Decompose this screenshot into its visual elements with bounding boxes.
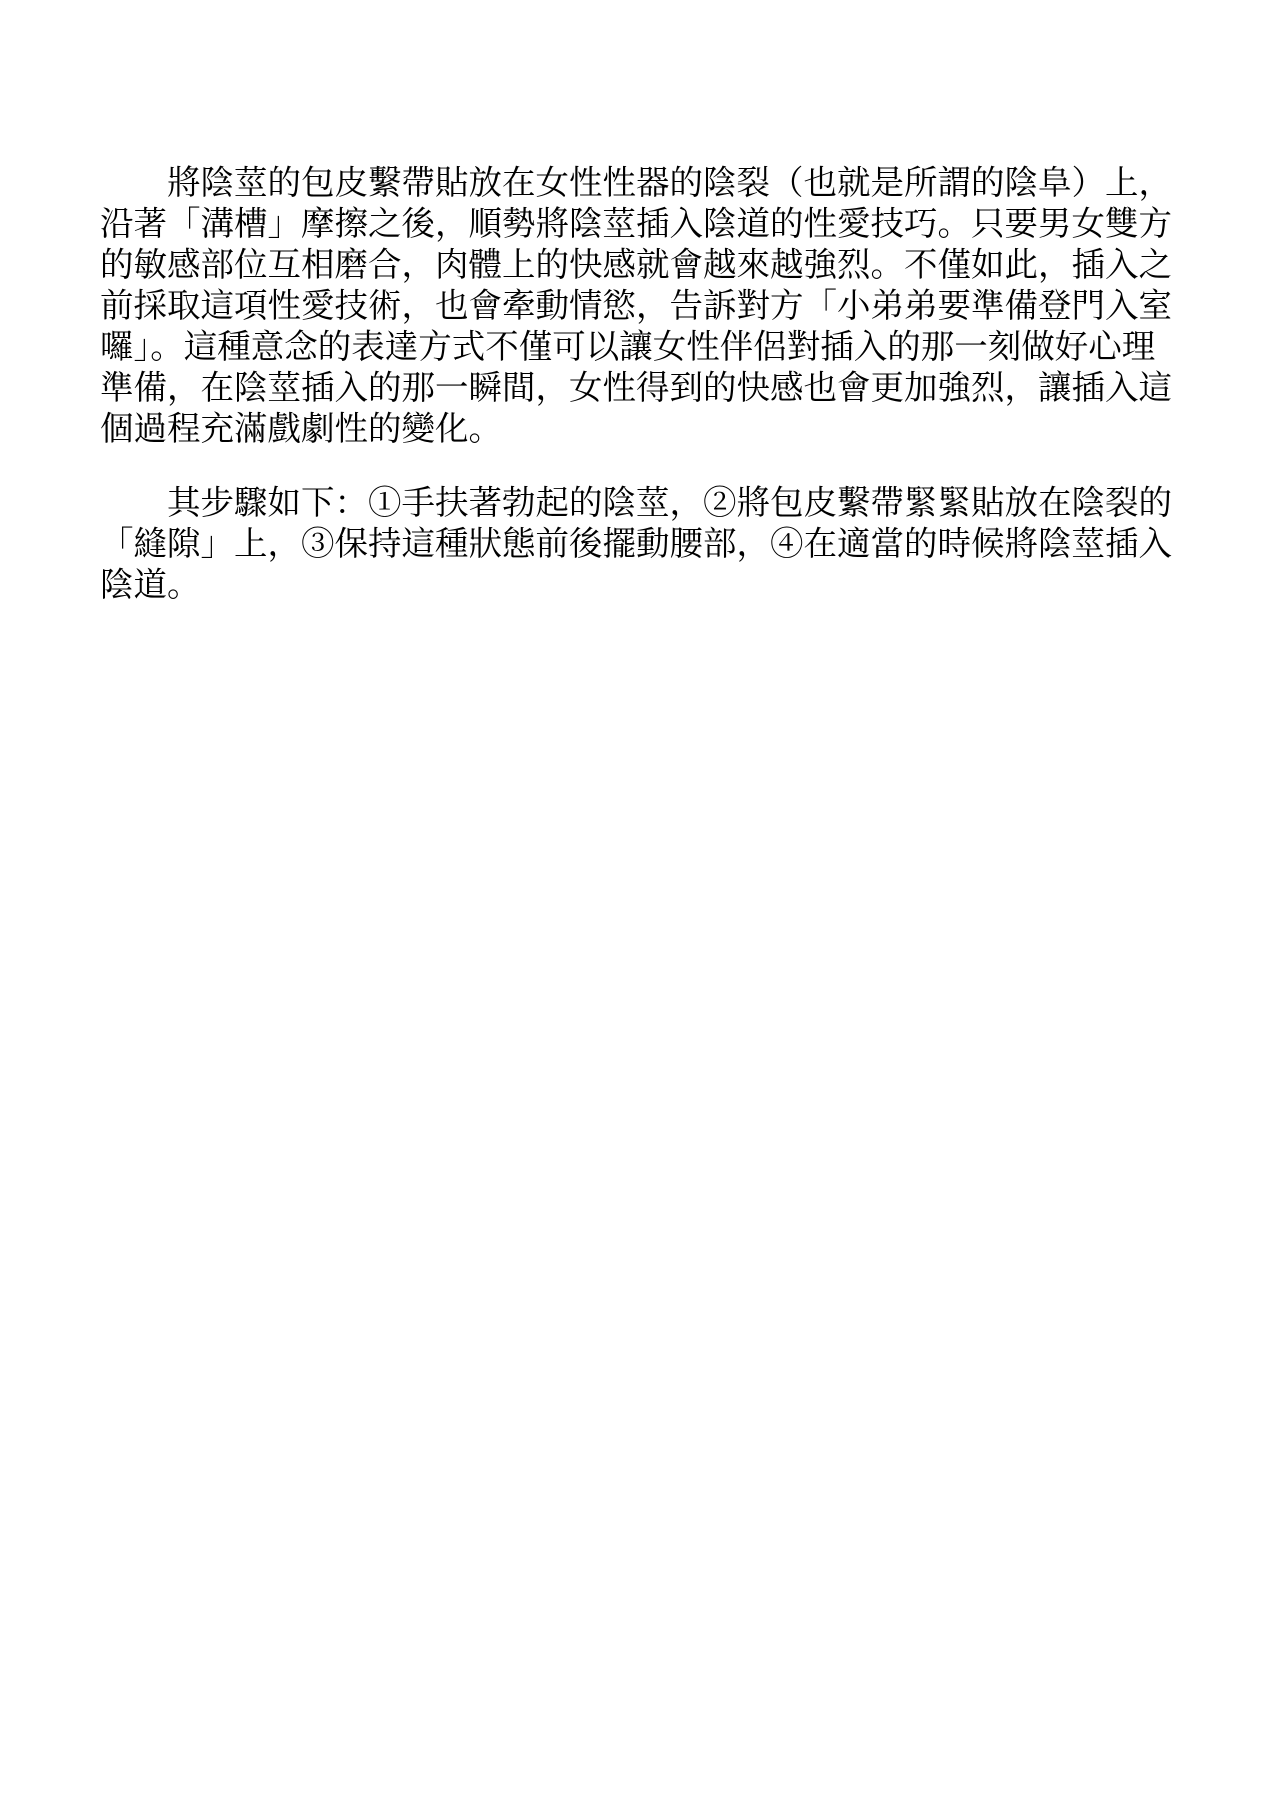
text-line: 沿著「溝槽」摩擦之後，順勢將陰莖插入陰道的性愛技巧。只要男女雙方 <box>100 204 1175 245</box>
document-page: 將陰莖的包皮繫帶貼放在女性性器的陰裂（也就是所謂的陰阜）上，沿著「溝槽」摩擦之後… <box>0 0 1280 1813</box>
paragraph-steps: 其步驟如下：①手扶著勃起的陰莖，②將包皮繫帶緊緊貼放在陰裂的「縫隙」上，③保持這… <box>100 483 1175 606</box>
page-text-block: 將陰莖的包皮繫帶貼放在女性性器的陰裂（也就是所謂的陰阜）上，沿著「溝槽」摩擦之後… <box>100 163 1175 606</box>
text-line: 的敏感部位互相磨合，肉體上的快感就會越來越強烈。不僅如此，插入之 <box>100 245 1175 286</box>
text-line: 個過程充滿戲劇性的變化。 <box>100 409 1175 450</box>
text-line: 前採取這項性愛技術，也會牽動情慾，告訴對方「小弟弟要準備登門入室 <box>100 286 1175 327</box>
text-line: 「縫隙」上，③保持這種狀態前後擺動腰部，④在適當的時候將陰莖插入 <box>100 524 1175 565</box>
text-line: 囉」。這種意念的表達方式不僅可以讓女性伴侶對插入的那一刻做好心理 <box>100 327 1175 368</box>
text-line: 陰道。 <box>100 565 1175 606</box>
text-line: 準備，在陰莖插入的那一瞬間，女性得到的快感也會更加強烈，讓插入這 <box>100 368 1175 409</box>
text-line: 將陰莖的包皮繫帶貼放在女性性器的陰裂（也就是所謂的陰阜）上， <box>100 163 1175 204</box>
text-line: 其步驟如下：①手扶著勃起的陰莖，②將包皮繫帶緊緊貼放在陰裂的 <box>100 483 1175 524</box>
paragraph-technique-description: 將陰莖的包皮繫帶貼放在女性性器的陰裂（也就是所謂的陰阜）上，沿著「溝槽」摩擦之後… <box>100 163 1175 450</box>
